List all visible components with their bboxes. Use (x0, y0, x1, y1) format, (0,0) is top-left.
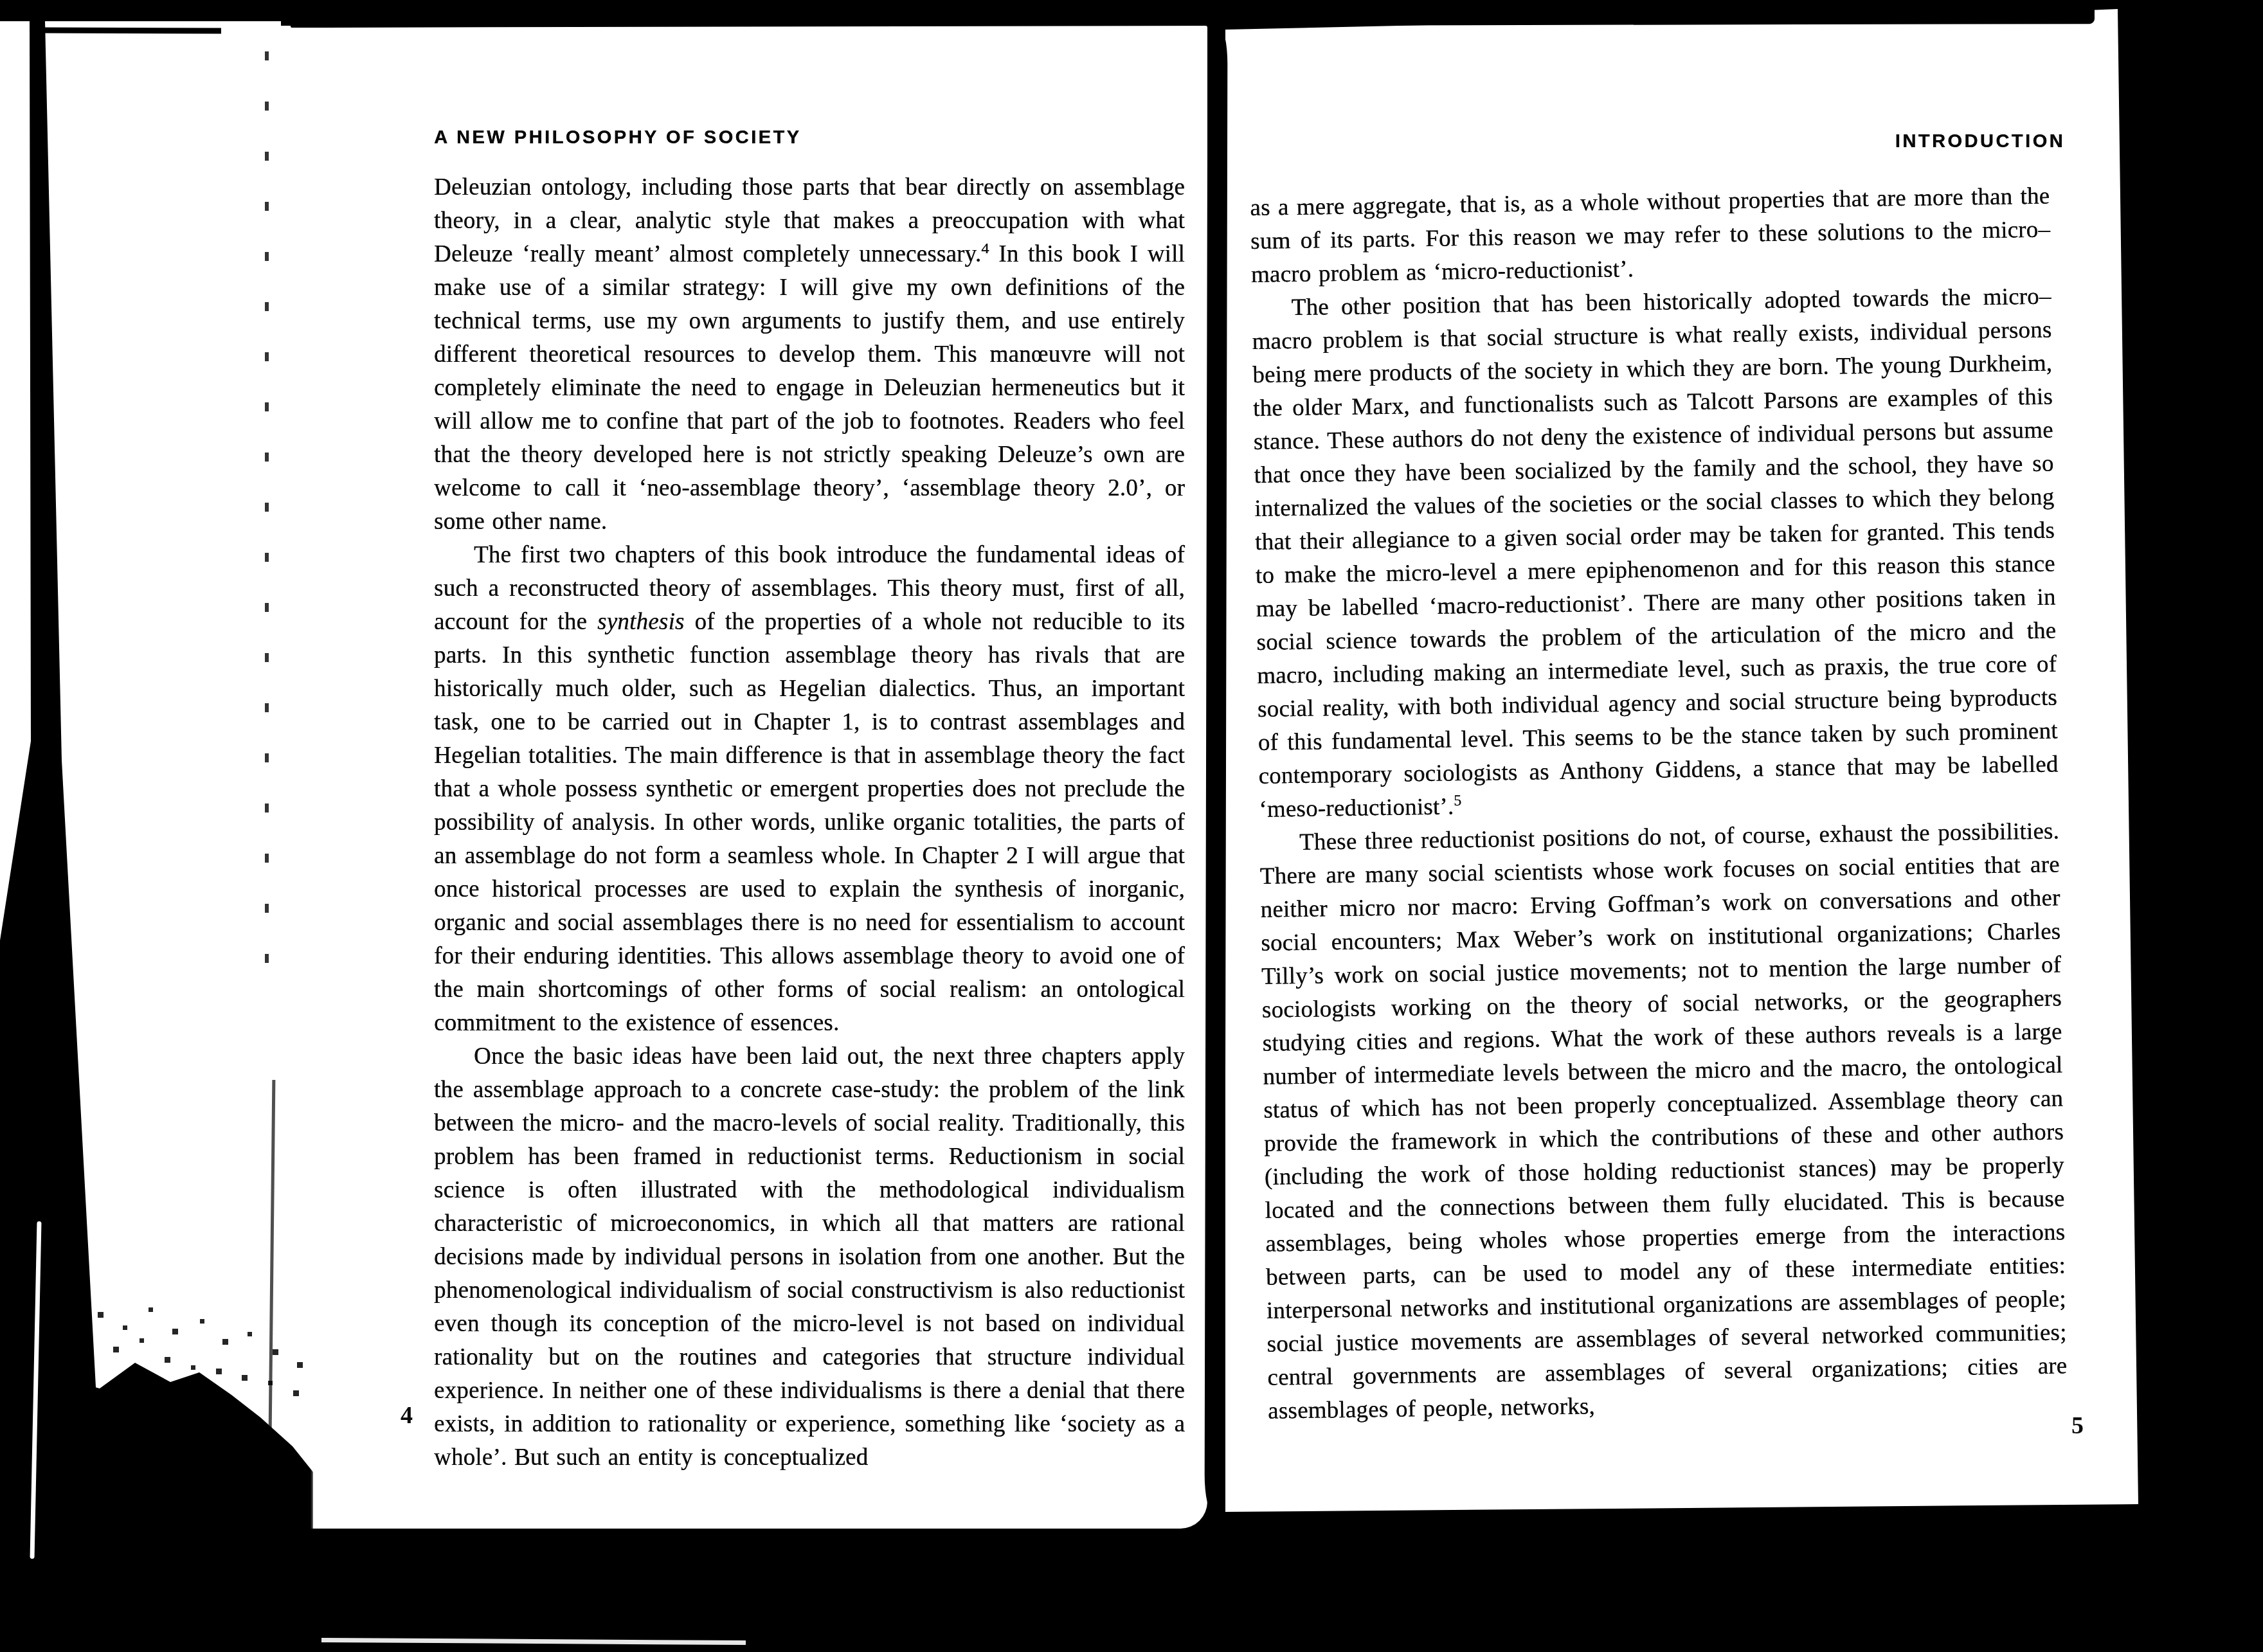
paragraph: The first two chapters of this book intr… (434, 539, 1185, 1040)
paragraph: Deleuzian ontology, including those part… (434, 171, 1185, 539)
left-page: A NEW PHILOSOPHY OF SOCIETY Deleuzian on… (280, 26, 1207, 1529)
top-edge-shadow-thin (37, 28, 221, 34)
paragraph: as a mere aggregate, that is, as a whole… (1250, 180, 2051, 292)
gutter-shadow (1205, 26, 1228, 1513)
paragraph: Once the basic ideas have been laid out,… (434, 1040, 1185, 1475)
right-page: INTRODUCTION as a mere aggregate, that i… (1225, 6, 2141, 1516)
text-run: In this book I will make use of a simila… (434, 241, 1185, 535)
paragraph: The other position that has been histori… (1251, 280, 2059, 827)
top-edge-shadow (291, 2, 2095, 28)
footnote-reference: 4 (981, 240, 989, 257)
page-number-left: 4 (401, 1401, 413, 1430)
footnote-reference: 5 (1454, 793, 1462, 809)
running-header-left: A NEW PHILOSOPHY OF SOCIETY (434, 127, 801, 148)
left-page-body: Deleuzian ontology, including those part… (434, 171, 1185, 1475)
text-run: The other position that has been histori… (1252, 283, 2058, 823)
stain-speckles (77, 1302, 80, 1305)
page-number-right: 5 (2071, 1412, 2084, 1440)
text-run: Once the basic ideas have been laid out,… (434, 1043, 1185, 1471)
paragraph: These three reductionist positions do no… (1259, 814, 2068, 1428)
text-run: as a mere aggregate, that is, as a whole… (1250, 183, 2050, 288)
right-page-body: as a mere aggregate, that is, as a whole… (1250, 180, 2068, 1428)
text-run: synthesis (597, 609, 684, 635)
binding-marks (265, 51, 269, 983)
running-header-right: INTRODUCTION (1249, 131, 2065, 152)
bottom-edge-highlight (321, 1638, 746, 1645)
text-run: of the properties of a whole not reducib… (434, 609, 1185, 1036)
text-run: These three reductionist positions do no… (1260, 818, 2068, 1424)
